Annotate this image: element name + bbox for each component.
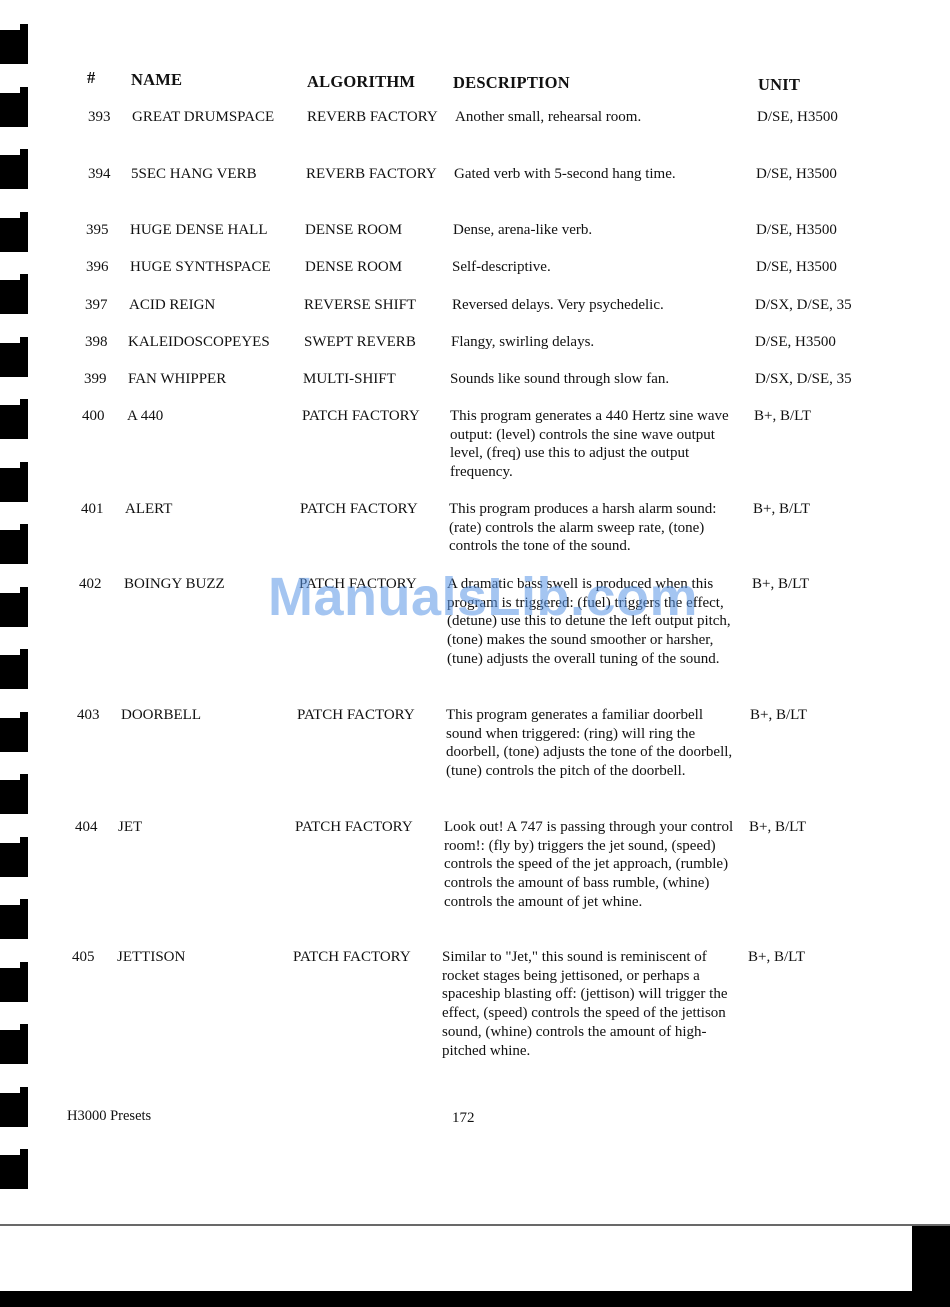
preset-name: 5SEC HANG VERB [131,165,257,184]
preset-description: Another small, rehearsal room. [455,108,745,127]
preset-description: Similar to "Jet," this sound is reminisc… [442,948,732,1060]
preset-unit: D/SE, H3500 [756,165,837,184]
preset-number: 399 [84,370,107,389]
binding-mark [0,1155,28,1189]
binding-mark [0,593,28,627]
preset-unit: B+, B/LT [753,500,810,519]
preset-name: ACID REIGN [129,296,215,315]
preset-number: 398 [85,333,108,352]
header-algorithm: ALGORITHM [307,72,415,92]
preset-description: This program produces a harsh alarm soun… [449,500,739,556]
footer-section-title: H3000 Presets [67,1108,151,1125]
binding-mark [0,280,28,314]
binding-mark [0,343,28,377]
preset-unit: D/SE, H3500 [755,333,836,352]
preset-number: 395 [86,221,109,240]
binding-mark [0,655,28,689]
header-unit: UNIT [758,75,800,95]
preset-unit: B+, B/LT [754,407,811,426]
preset-description: This program generates a familiar doorbe… [446,706,736,781]
preset-name: HUGE SYNTHSPACE [130,258,271,277]
binding-mark [0,1030,28,1064]
preset-description: Sounds like sound through slow fan. [450,370,740,389]
preset-unit: B+, B/LT [752,575,809,594]
binding-mark [0,843,28,877]
preset-algorithm: SWEPT REVERB [304,333,444,352]
preset-name: A 440 [127,407,163,426]
preset-algorithm: DENSE ROOM [305,221,445,240]
binding-mark [0,155,28,189]
preset-description: Flangy, swirling delays. [451,333,741,352]
binding-mark [0,780,28,814]
preset-unit: D/SE, H3500 [756,221,837,240]
preset-unit: D/SX, D/SE, 35 [755,296,852,315]
preset-unit: D/SE, H3500 [756,258,837,277]
header-name: NAME [131,70,182,90]
preset-name: KALEIDOSCOPEYES [128,333,270,352]
binding-mark [0,718,28,752]
preset-algorithm: REVERB FACTORY [307,108,447,127]
preset-algorithm: REVERSE SHIFT [304,296,444,315]
preset-number: 404 [75,818,98,837]
preset-algorithm: PATCH FACTORY [295,818,435,837]
preset-unit: B+, B/LT [750,706,807,725]
preset-algorithm: PATCH FACTORY [300,500,440,519]
preset-name: FAN WHIPPER [128,370,226,389]
preset-unit: D/SE, H3500 [757,108,838,127]
binding-mark [0,405,28,439]
binding-mark [0,468,28,502]
preset-name: JETTISON [117,948,185,967]
preset-number: 397 [85,296,108,315]
header-description: DESCRIPTION [453,73,570,93]
binding-mark [0,968,28,1002]
scan-edge-line [0,1224,950,1226]
preset-number: 394 [88,165,111,184]
preset-algorithm: PATCH FACTORY [297,706,437,725]
binding-mark [0,93,28,127]
preset-unit: D/SX, D/SE, 35 [755,370,852,389]
preset-unit: B+, B/LT [749,818,806,837]
preset-number: 401 [81,500,104,519]
preset-algorithm: REVERB FACTORY [306,165,446,184]
binding-mark [0,1093,28,1127]
preset-description: Reversed delays. Very psychedelic. [452,296,742,315]
binding-mark [0,218,28,252]
footer-page-number: 172 [452,1110,475,1127]
preset-algorithm: PATCH FACTORY [293,948,433,967]
manual-page: # NAME ALGORITHM DESCRIPTION UNIT 393GRE… [0,0,950,1307]
preset-name: ALERT [125,500,172,519]
preset-number: 403 [77,706,100,725]
preset-name: GREAT DRUMSPACE [132,108,274,127]
preset-description: Gated verb with 5-second hang time. [454,165,744,184]
preset-number: 405 [72,948,95,967]
preset-number: 396 [86,258,109,277]
header-number: # [87,68,95,88]
binding-marks [0,0,40,1230]
preset-name: JET [118,818,142,837]
preset-number: 400 [82,407,105,426]
preset-unit: B+, B/LT [748,948,805,967]
preset-description: Self-descriptive. [452,258,742,277]
preset-description: Look out! A 747 is passing through your … [444,818,734,912]
preset-algorithm: PATCH FACTORY [299,575,439,594]
binding-mark [0,30,28,64]
preset-algorithm: DENSE ROOM [305,258,445,277]
binding-mark [0,530,28,564]
preset-description: A dramatic bass swell is produced when t… [447,575,737,669]
preset-number: 402 [79,575,102,594]
scan-edge-bottom [0,1291,950,1307]
preset-description: Dense, arena-like verb. [453,221,743,240]
preset-algorithm: MULTI-SHIFT [303,370,443,389]
preset-name: HUGE DENSE HALL [130,221,267,240]
preset-name: BOINGY BUZZ [124,575,225,594]
binding-mark [0,905,28,939]
preset-number: 393 [88,108,111,127]
preset-algorithm: PATCH FACTORY [302,407,442,426]
preset-name: DOORBELL [121,706,201,725]
preset-description: This program generates a 440 Hertz sine … [450,407,740,482]
